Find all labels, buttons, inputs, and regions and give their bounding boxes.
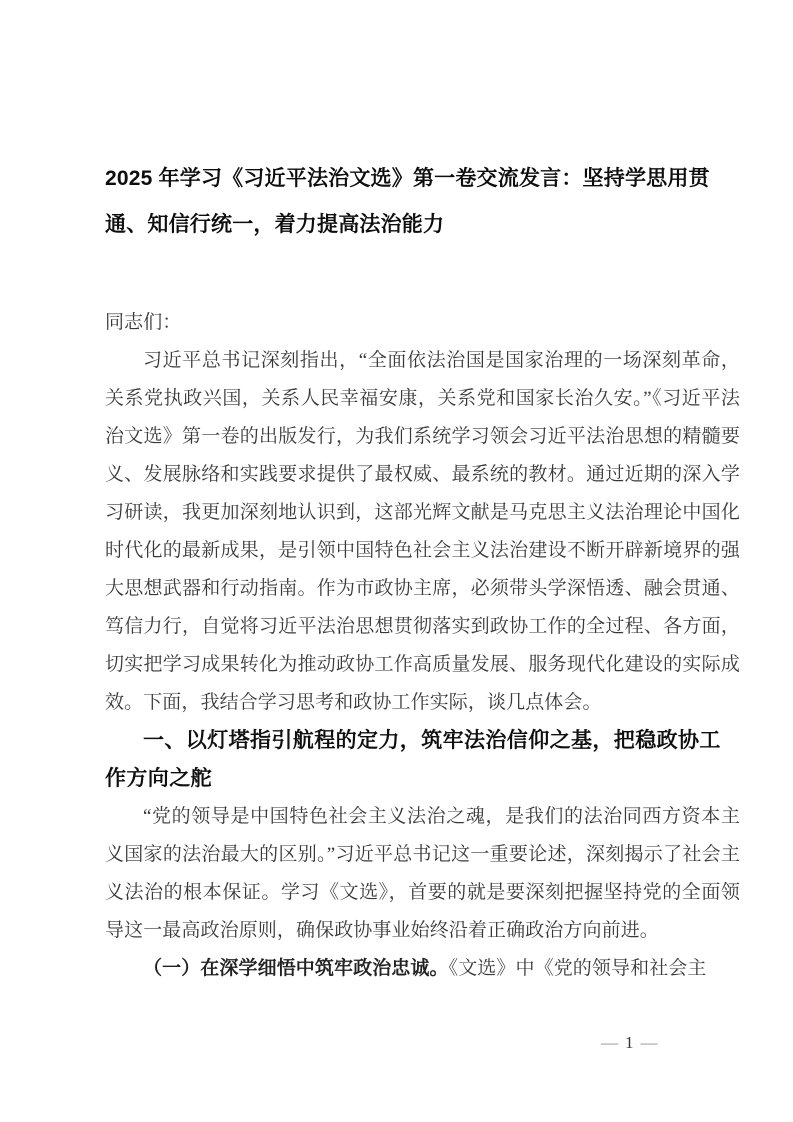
subpoint-1-text: 《文选》中《党的领导和社会主	[449, 958, 707, 979]
salutation: 同志们：	[105, 304, 740, 342]
paragraph-intro: 习近平总书记深刻指出，“全面依法治国是国家治理的一场深刻革命，关系党执政兴国，关…	[105, 342, 740, 722]
page-footer: —1—	[601, 1033, 658, 1053]
paragraph-section-1: “党的领导是中国特色社会主义法治之魂，是我们的法治同西方资本主义国家的法治最大的…	[105, 798, 740, 950]
page-number: 1	[625, 1033, 634, 1052]
paragraph-subpoint-1: （一）在深学细悟中筑牢政治忠诚。《文选》中《党的领导和社会主	[105, 950, 740, 988]
document-content: 2025 年学习《习近平法治文选》第一卷交流发言：坚持学思用贯 通、知信行统一，…	[105, 0, 740, 988]
subpoint-1-lead: （一）在深学细悟中筑牢政治忠诚。	[143, 958, 449, 979]
section-heading-1: 一、以灯塔指引航程的定力，筑牢法治信仰之基，把稳政协工作方向之舵	[105, 722, 740, 798]
document-title: 2025 年学习《习近平法治文选》第一卷交流发言：坚持学思用贯 通、知信行统一，…	[105, 156, 740, 248]
title-line-2: 通、知信行统一，着力提高法治能力	[105, 202, 740, 248]
document-page: 2025 年学习《习近平法治文选》第一卷交流发言：坚持学思用贯 通、知信行统一，…	[0, 0, 793, 1122]
document-body: 同志们： 习近平总书记深刻指出，“全面依法治国是国家治理的一场深刻革命，关系党执…	[105, 304, 740, 988]
footer-dash-left: —	[601, 1033, 618, 1052]
footer-dash-right: —	[641, 1033, 658, 1052]
title-line-1: 2025 年学习《习近平法治文选》第一卷交流发言：坚持学思用贯	[105, 156, 740, 202]
